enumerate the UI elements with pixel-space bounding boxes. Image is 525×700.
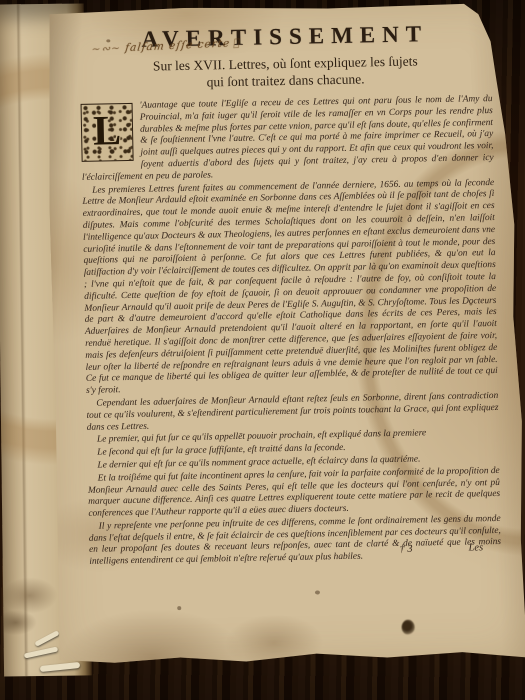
catchword: Les <box>468 542 483 554</box>
book-photo: AVERTISSEMENT falſam eſſe certe Sur les … <box>0 0 525 700</box>
paragraph: Les premieres Lettres furent faites au c… <box>82 178 498 398</box>
stain-spot <box>106 39 110 42</box>
signature-mark: † 3 <box>399 544 412 556</box>
drop-cap-letter: L <box>82 104 133 161</box>
stain-spot <box>469 302 472 305</box>
decorated-initial: L <box>81 103 134 162</box>
ink-blot <box>402 620 415 635</box>
book-page: AVERTISSEMENT falſam eſſe certe Sur les … <box>46 2 525 667</box>
page-subtitle: Sur les XVII. Lettres, où ſont expliquez… <box>80 52 492 93</box>
paragraph: Et la troiſiéme qui fut faite incontinen… <box>88 466 501 521</box>
stain-spot <box>315 590 320 594</box>
page-header: AVERTISSEMENT falſam eſſe certe Sur les … <box>79 20 491 93</box>
paragraph: 'Auantage que toute l'Egliſe a receu de … <box>81 94 495 184</box>
body-text: L 'Auantage que toute l'Egliſe a receu d… <box>81 94 502 562</box>
paragraph: Il y repreſente vne perſonne peu inſtrui… <box>89 514 502 569</box>
paragraphs: 'Auantage que toute l'Egliſe a receu de … <box>81 94 502 569</box>
stain-spot <box>177 606 181 610</box>
